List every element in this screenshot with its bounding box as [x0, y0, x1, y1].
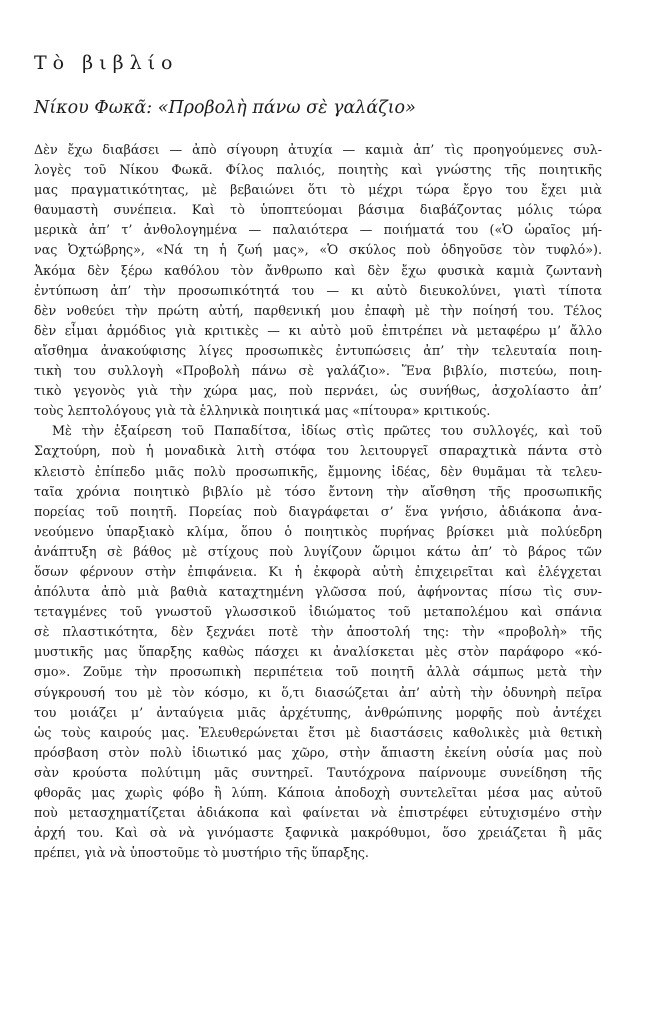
text-line: ὅσων φέρνουν στὴν ἐπιφάνεια. Κι ἡ ἐκφορὰ…: [34, 562, 602, 582]
section-title: Τὸ βιβλίο: [34, 52, 602, 74]
text-line: θαυμαστὴ συνέπεια. Καὶ τὸ ὑποπτεύομαι βά…: [34, 200, 602, 220]
text-line: δὲν εἶμαι ἁρμόδιος γιὰ κριτικὲς — κι αὐτ…: [34, 321, 602, 341]
text-line: πρέπει, γιὰ νὰ ὑποστοῦμε τὸ μυστήριο τῆς…: [34, 843, 602, 863]
text-line: αἴσθημα ἀνακούφισης λίγες προσωπικὲς ἐντ…: [34, 341, 602, 361]
book-review-page: Τὸ βιβλίο Νίκου Φωκᾶ: «Προβολὴ πάνω σὲ γ…: [34, 52, 602, 863]
text-line: μας πραγματικότητας, μὲ βεβαιώνει ὅτι τὸ…: [34, 180, 602, 200]
paragraph-1: Δὲν ἔχω διαβάσει — ἀπὸ σίγουρη ἀτυχία — …: [34, 140, 602, 421]
text-line: σύγκρουσή του μὲ τὸν κόσμο, κι ὅ,τι διασ…: [34, 683, 602, 703]
text-line: λογὲς τοῦ Νίκου Φωκᾶ. Φίλος παλιός, ποιη…: [34, 160, 602, 180]
text-line: Σαχτούρη, ποὺ ἡ μοναδικὰ λιτὴ στόφα του …: [34, 441, 602, 461]
text-line: φθορᾶς μας χωρὶς φόβο ἢ λύπη. Κάποια ἀπο…: [34, 783, 602, 803]
paragraph-2: Μὲ τὴν ἐξαίρεση τοῦ Παπαδίτσα, ἰδίως στὶ…: [34, 421, 602, 863]
text-line: ἀρχή του. Καὶ σὰ νὰ γινόμαστε ξαφνικὰ μα…: [34, 823, 602, 843]
text-line: σὲ πλαστικότητα, δὲν ξεχνάει ποτὲ τὴν ἀπ…: [34, 622, 602, 642]
text-line: σμο». Ζοῦμε τὴν προσωπικὴ περιπέτεια τοῦ…: [34, 662, 602, 682]
text-line: κλειστὸ ἐπίπεδο μιᾶς πολὺ προσωπικῆς, ἔμ…: [34, 462, 602, 482]
text-line: του μοιάζει μ’ ἀνταύγεια μιᾶς ἀρχέτυπης,…: [34, 703, 602, 723]
text-line: Ἀκόμα δὲν ξέρω καθόλου τὸν ἄνθρωπο καὶ δ…: [34, 261, 602, 281]
text-line: τικὸ γεγονὸς γιὰ τὴν χώρα μας, ποὺ περνά…: [34, 381, 602, 401]
text-line: μυστικῆς μας ὕπαρξης καθὼς πάσχει κι ἀνα…: [34, 642, 602, 662]
text-line: ἀπόλυτα ἀπὸ μιὰ βαθιὰ καταχτημένη γλῶσσα…: [34, 582, 602, 602]
book-title: Νίκου Φωκᾶ: «Προβολὴ πάνω σὲ γαλάζιο»: [34, 98, 602, 118]
text-line: τεταγμένες τοῦ γνωστοῦ γλωσσικοῦ ἰδιώματ…: [34, 602, 602, 622]
text-line: ὡς τοὺς καιρούς μας. Ἐλευθερώνεται ἔτσι …: [34, 723, 602, 743]
text-line: νεούμενο ὑπαρξιακὸ κλίμα, ὅπου ὁ ποιητικ…: [34, 522, 602, 542]
text-line: μερικὰ ἀπ’ τ’ ἀνθολογημένα — παλαιότερα …: [34, 220, 602, 240]
text-line: νας Ὀχτώβρης», «Νά τη ἡ ζωή μας», «Ὁ σκύ…: [34, 240, 602, 260]
text-line: ταῖα χρόνια ποιητικὸ βιβλίο μὲ τόσο ἔντο…: [34, 482, 602, 502]
text-line: ἐντύπωση ἀπ’ τὴν προσωπικότητά του — κι …: [34, 281, 602, 301]
text-line: τοὺς λεπτολόγους γιὰ τὰ ἑλληνικὰ ποιητικ…: [34, 401, 602, 421]
text-line: ἀνάπτυξη σὲ βάθος μὲ στίχους ποὺ λυγίζου…: [34, 542, 602, 562]
text-line: πορείας τοῦ ποιητῆ. Πορείας ποὺ διαγράφε…: [34, 502, 602, 522]
text-line: δὲν νοθεύει τὴν πρώτη αὐτή, παρθενική μο…: [34, 301, 602, 321]
text-line: τικὴ του συλλογὴ «Προβολὴ πάνω σὲ γαλάζι…: [34, 361, 602, 381]
text-line: ποὺ μετασχηματίζεται ἀδιάκοπα καὶ φαίνετ…: [34, 803, 602, 823]
text-line: πρόσβαση στὸν πολὺ ἰδιωτικό μας χῶρο, στ…: [34, 743, 602, 763]
text-line: Δὲν ἔχω διαβάσει — ἀπὸ σίγουρη ἀτυχία — …: [34, 140, 602, 160]
text-line: Μὲ τὴν ἐξαίρεση τοῦ Παπαδίτσα, ἰδίως στὶ…: [34, 421, 602, 441]
text-line: σὰν κρούστα πολύτιμη μᾶς συντηρεῖ. Ταυτό…: [34, 763, 602, 783]
